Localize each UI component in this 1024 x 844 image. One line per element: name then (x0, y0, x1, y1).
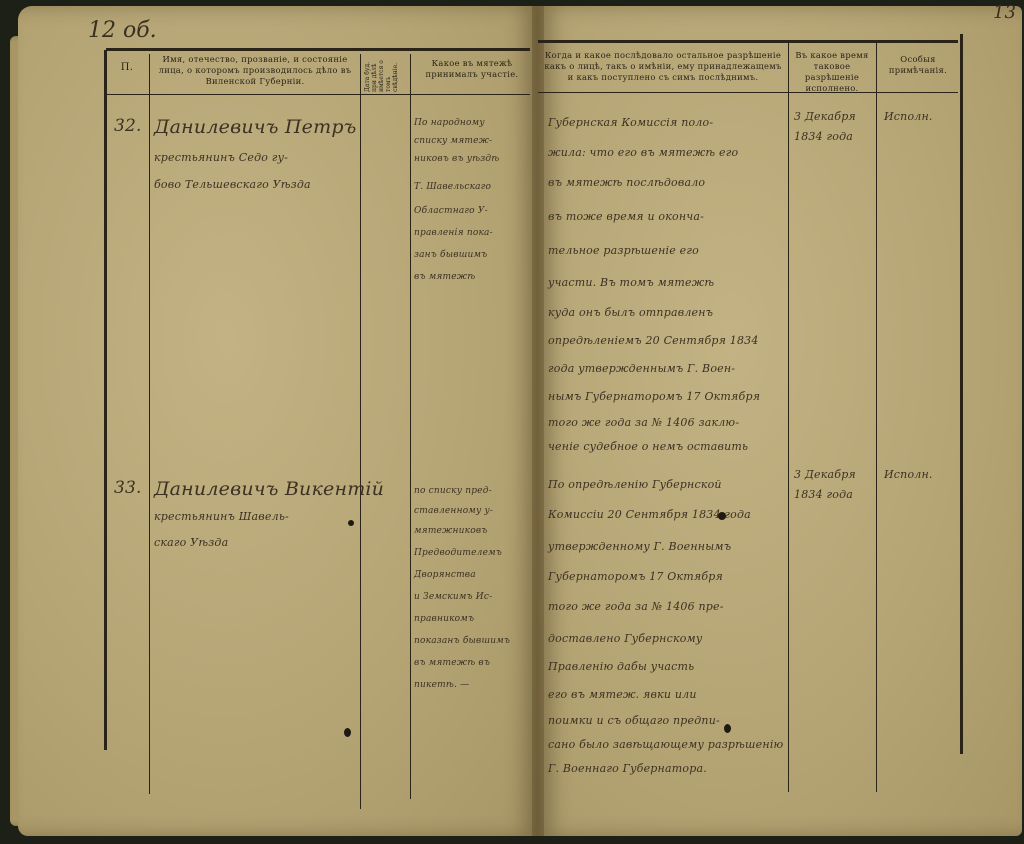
header-rule-right (538, 92, 958, 93)
note-text: Исполн. (884, 468, 933, 481)
participation-line: въ мятежѣ (414, 272, 475, 282)
participation-line: мятежниковъ (414, 526, 487, 536)
header-notes: Особыя примѣчанiя. (878, 54, 958, 76)
resolution-line: поимки и съ общаго предпи- (548, 714, 720, 727)
col-divider-num (149, 54, 150, 794)
resolution-line: ченiе судебное о немъ оставить (548, 440, 748, 453)
participation-line: пикетѣ. — (414, 680, 469, 690)
col-divider-executed (876, 42, 877, 792)
executed-year: 1834 года (794, 488, 853, 501)
participation-line: въ мятежѣ въ (414, 658, 490, 668)
resolution-line: того же года за № 1406 заклю- (548, 416, 739, 429)
resolution-line: участи. Въ томъ мятежѣ (548, 276, 714, 289)
resolution-line: опредѣленiемъ 20 Сентября 1834 (548, 334, 759, 347)
right-border (960, 34, 963, 754)
folio-number-left: 12 об. (88, 18, 157, 43)
row-number: 33. (114, 478, 142, 498)
executed-year: 1834 года (794, 130, 853, 143)
paper-hole (344, 728, 351, 737)
resolution-line: его въ мятеж. явки или (548, 688, 697, 701)
header-date: Дата буд. при дѣлѣ имѣется о томъ свѣдѣн… (364, 52, 408, 92)
resolution-line: утвержденному Г. Военнымъ (548, 540, 731, 553)
participation-line: занъ бывшимъ (414, 250, 487, 260)
person-status: крестьянинъ Шавель- (154, 510, 289, 523)
header-num: П. (106, 62, 148, 73)
resolution-line: того же года за № 1406 пре- (548, 600, 724, 613)
header-name: Имя, отечество, прозванiе, и состоянiе л… (152, 54, 358, 87)
resolution-line: Губернаторомъ 17 Октября (548, 570, 723, 583)
person-name: Данилевичъ Петръ (154, 116, 357, 138)
ink-blot (718, 512, 726, 520)
executed-date: 3 Декабря (794, 468, 856, 481)
executed-date: 3 Декабря (794, 110, 856, 123)
top-rule-right (538, 40, 958, 43)
row-number: 32. (114, 116, 142, 136)
participation-line: по списку пред- (414, 486, 492, 496)
resolution-line: года утвержденнымъ Г. Воен- (548, 362, 735, 375)
participation-line: никовъ въ уѣздѣ (414, 154, 499, 164)
participation-line: Дворянства (414, 570, 476, 580)
person-name: Данилевичъ Викентiй (154, 478, 384, 500)
participation-line: и Земскимъ Ис- (414, 592, 492, 602)
resolution-line: По опредѣленiю Губернской (548, 478, 722, 491)
resolution-line: куда онъ былъ отправленъ (548, 306, 713, 319)
paper-hole (724, 724, 731, 733)
resolution-line: жила: что его въ мятежѣ его (548, 146, 738, 159)
resolution-line: сано было завѣщающему разрѣшенiю (548, 738, 783, 751)
header-executed: Въ какое время таковое разрѣшенiе исполн… (790, 50, 874, 94)
participation-line: правникомъ (414, 614, 474, 624)
col-divider-name (360, 54, 361, 809)
participation-line: Предводителемъ (414, 548, 502, 558)
participation-line: показанъ бывшимъ (414, 636, 510, 646)
person-status: крестьянинъ Седо гу- (154, 151, 288, 164)
resolution-line: Правленiю дабы участь (548, 660, 694, 673)
resolution-line: Г. Военнаго Губернатора. (548, 762, 707, 775)
header-rule-left (106, 94, 530, 95)
ink-blot (348, 520, 354, 526)
participation-line: Областнаго У- (414, 206, 488, 216)
book-gutter (532, 6, 544, 836)
top-rule-left (106, 48, 530, 51)
open-ledger-book: 12 об. 13 П. Имя, отечество, прозванiе, … (18, 6, 1022, 836)
note-text: Исполн. (884, 110, 933, 123)
left-border (104, 50, 107, 750)
col-divider-resolution (788, 42, 789, 792)
resolution-line: нымъ Губернаторомъ 17 Октября (548, 390, 760, 403)
resolution-line: въ мятежѣ послѣдовало (548, 176, 705, 189)
resolution-line: доставлено Губернскому (548, 632, 702, 645)
participation-line: списку мятеж- (414, 136, 492, 146)
header-resolution: Когда и какое послѣдовало остальное разр… (540, 50, 786, 83)
participation-line: правленiя пока- (414, 228, 493, 238)
resolution-line: тельное разрѣшенiе его (548, 244, 699, 257)
participation-line: По народному (414, 118, 485, 128)
person-district: бово Тельшевскаго Уѣзда (154, 178, 311, 191)
person-district: скаго Уѣзда (154, 536, 228, 549)
participation-line: Т. Шавельскаго (414, 182, 491, 192)
participation-line: ставленному у- (414, 506, 493, 516)
header-participation: Какое въ мятежѣ принималъ участiе. (412, 58, 532, 80)
col-divider-date (410, 54, 411, 799)
resolution-line: въ тоже время и оконча- (548, 210, 704, 223)
folio-number-right: 13 (993, 2, 1016, 23)
resolution-line: Губернская Комиссiя поло- (548, 116, 713, 129)
